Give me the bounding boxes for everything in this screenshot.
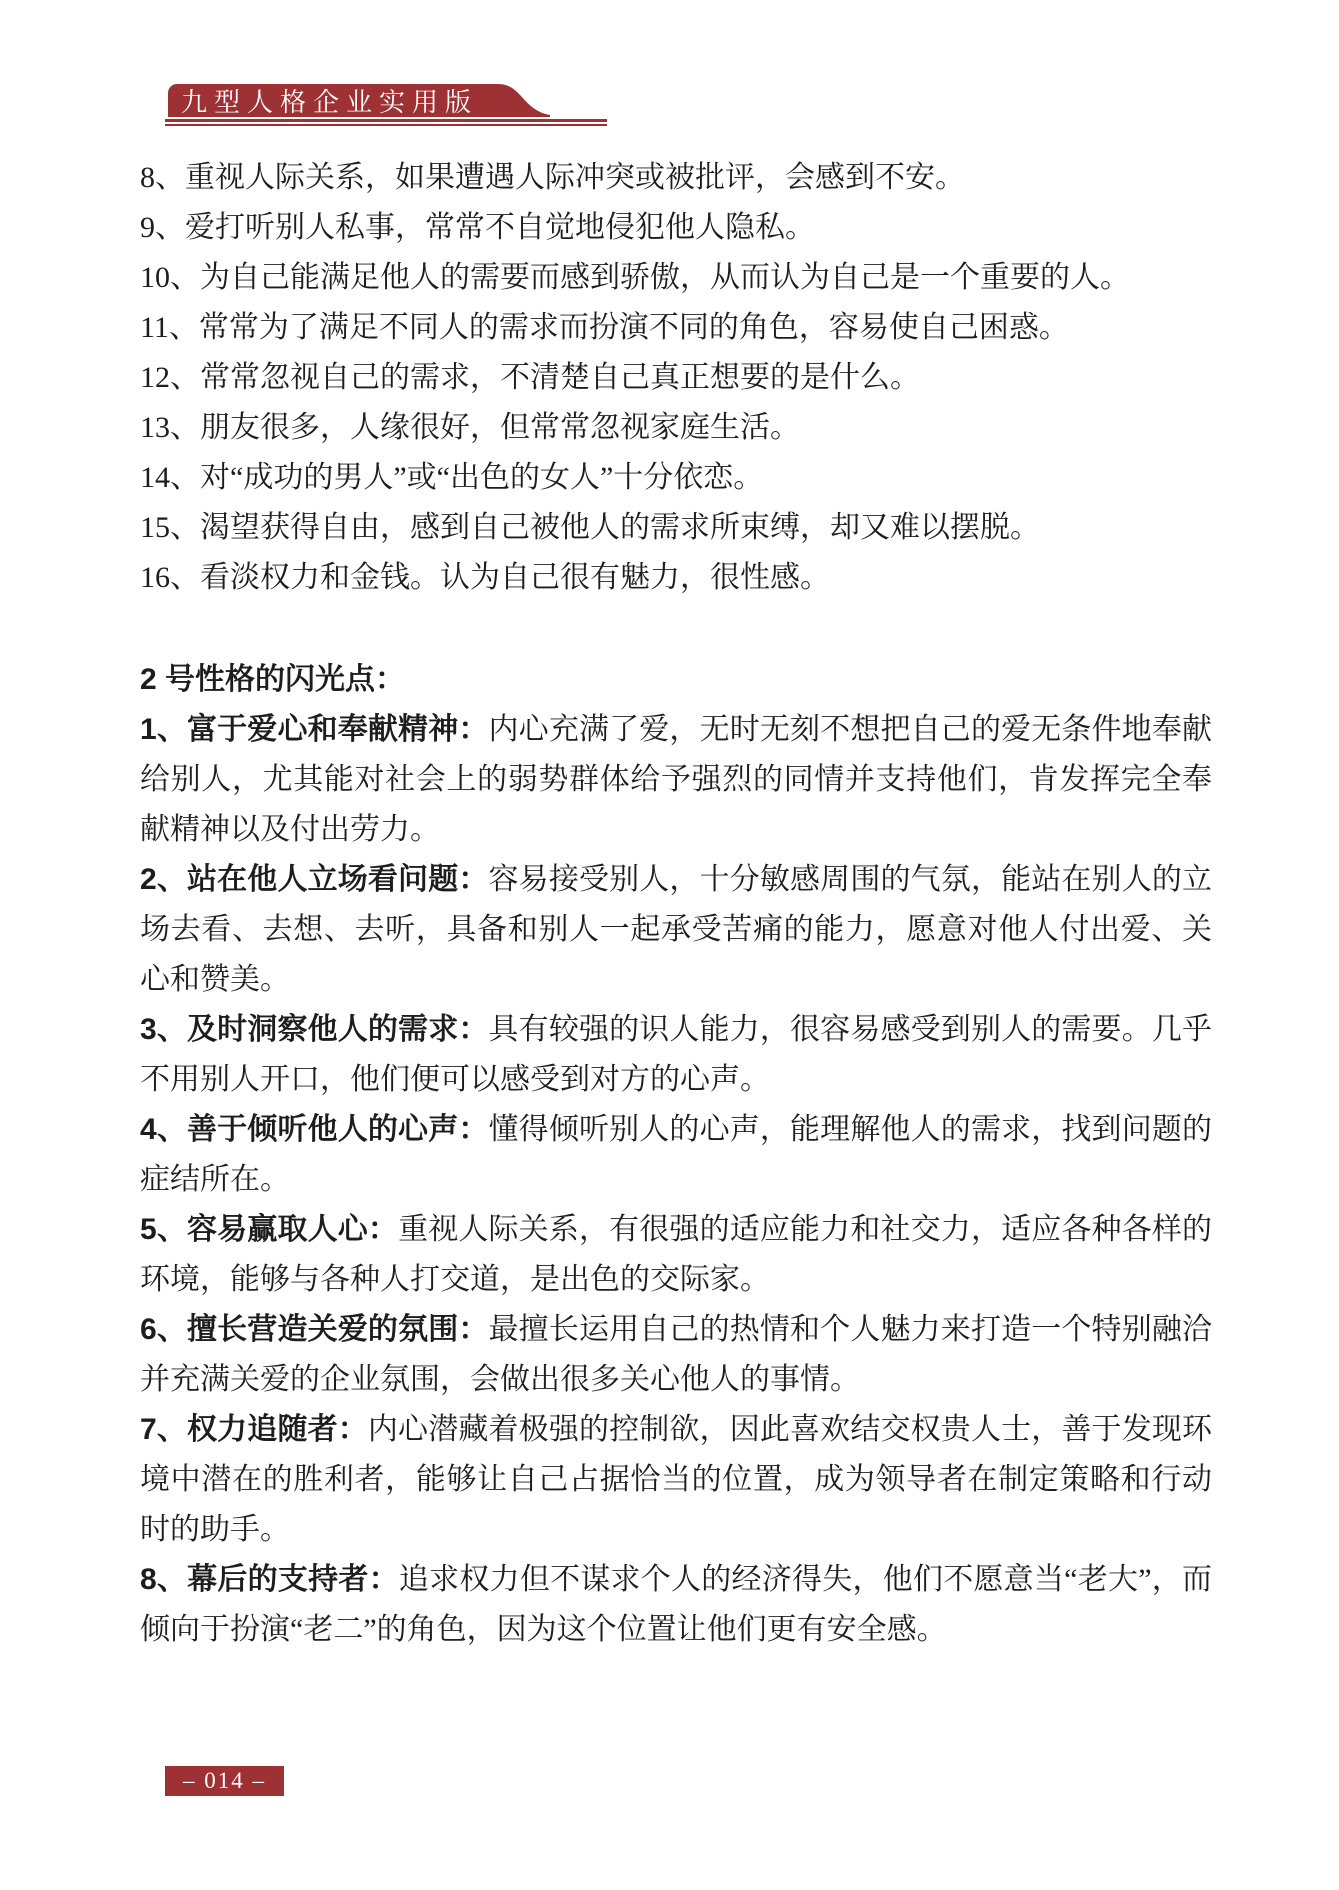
flashpoint-label: 3、及时洞察他人的需求： — [140, 1013, 489, 1046]
trait-item: 10、为自己能满足他人的需要而感到骄傲，从而认为自己是一个重要的人。 — [140, 253, 1212, 303]
book-page: 九型人格企业实用版 8、重视人际关系，如果遭遇人际冲突或被批评，会感到不安。 9… — [0, 0, 1339, 1890]
flashpoint-label: 7、权力追随者： — [140, 1413, 368, 1446]
page-number-badge: – 014 – — [165, 1766, 284, 1796]
flashpoint-item: 1、富于爱心和奉献精神：内心充满了爱，无时无刻不想把自己的爱无条件地奉献给别人，… — [140, 705, 1212, 855]
banner-title: 九型人格企业实用版 — [181, 82, 478, 119]
flashpoint-label: 5、容易赢取人心： — [140, 1213, 398, 1246]
trait-item: 16、看淡权力和金钱。认为自己很有魅力，很性感。 — [140, 553, 1212, 603]
trait-item: 8、重视人际关系，如果遭遇人际冲突或被批评，会感到不安。 — [140, 153, 1212, 203]
flashpoint-item: 8、幕后的支持者：追求权力但不谋求个人的经济得失，他们不愿意当“老大”，而倾向于… — [140, 1555, 1212, 1655]
flashpoints-section-title: 2 号性格的闪光点： — [140, 655, 1212, 705]
flashpoint-item: 6、擅长营造关爱的氛围：最擅长运用自己的热情和个人魅力来打造一个特别融洽并充满关… — [140, 1305, 1212, 1405]
flashpoint-item: 3、及时洞察他人的需求：具有较强的识人能力，很容易感受到别人的需要。几乎不用别人… — [140, 1005, 1212, 1105]
main-content: 8、重视人际关系，如果遭遇人际冲突或被批评，会感到不安。 9、爱打听别人私事，常… — [140, 153, 1212, 1655]
banner-swoosh-icon — [488, 84, 550, 117]
header-banner: 九型人格企业实用版 — [168, 84, 488, 117]
flashpoint-label: 4、善于倾听他人的心声： — [140, 1113, 489, 1146]
flashpoints-list: 1、富于爱心和奉献精神：内心充满了爱，无时无刻不想把自己的爱无条件地奉献给别人，… — [140, 705, 1212, 1655]
flashpoint-item: 5、容易赢取人心：重视人际关系，有很强的适应能力和社交力，适应各种各样的环境，能… — [140, 1205, 1212, 1305]
flashpoint-label: 6、擅长营造关爱的氛围： — [140, 1313, 489, 1346]
trait-item: 13、朋友很多，人缘很好，但常常忽视家庭生活。 — [140, 403, 1212, 453]
trait-list: 8、重视人际关系，如果遭遇人际冲突或被批评，会感到不安。 9、爱打听别人私事，常… — [140, 153, 1212, 603]
header-rule-top — [165, 119, 607, 122]
trait-item: 9、爱打听别人私事，常常不自觉地侵犯他人隐私。 — [140, 203, 1212, 253]
flashpoint-item: 4、善于倾听他人的心声：懂得倾听别人的心声，能理解他人的需求，找到问题的症结所在… — [140, 1105, 1212, 1205]
trait-item: 11、常常为了满足不同人的需求而扮演不同的角色，容易使自己困惑。 — [140, 303, 1212, 353]
trait-item: 15、渴望获得自由，感到自己被他人的需求所束缚，却又难以摆脱。 — [140, 503, 1212, 553]
flashpoint-label: 2、站在他人立场看问题： — [140, 863, 489, 896]
section-gap — [140, 603, 1212, 655]
trait-item: 14、对“成功的男人”或“出色的女人”十分依恋。 — [140, 453, 1212, 503]
flashpoint-item: 7、权力追随者：内心潜藏着极强的控制欲，因此喜欢结交权贵人士，善于发现环境中潜在… — [140, 1405, 1212, 1555]
header-rule-bottom — [165, 124, 607, 126]
trait-item: 12、常常忽视自己的需求，不清楚自己真正想要的是什么。 — [140, 353, 1212, 403]
flashpoint-item: 2、站在他人立场看问题：容易接受别人，十分敏感周围的气氛，能站在别人的立场去看、… — [140, 855, 1212, 1005]
flashpoint-label: 8、幕后的支持者： — [140, 1563, 399, 1596]
page-header: 九型人格企业实用版 — [165, 84, 615, 128]
flashpoint-label: 1、富于爱心和奉献精神： — [140, 713, 489, 746]
